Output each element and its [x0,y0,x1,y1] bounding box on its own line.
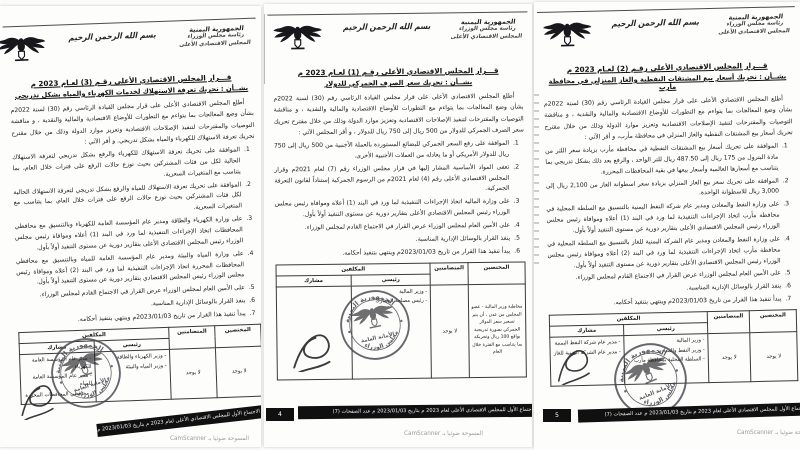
col-co-responsible: المتضامنين [430,262,468,284]
camscanner-watermark: المسوحة ضوئيا بـ CamScanner [737,430,800,436]
decree-item: على وزارة المالية اتخاذ الإجراءات التنفي… [275,197,512,222]
cell-specialists: لا يوجد [750,332,798,382]
yemen-eagle-emblem-icon [273,21,323,54]
decree-items: الموافقة على رفع السعر الجمركي للبضائع ا… [274,139,525,260]
decree-item: الموافقة على رفع السعر الجمركي للبضائع ا… [274,139,511,164]
decree-item: الموافقة على تحريك تعرفة الاستهلاك للميا… [13,180,244,221]
bismillah-calligraphy: بسم الله الرحمن الرحيم [68,29,158,42]
document-page-decision-1: الجمهورية اليمنية رئاسة مجلس الوزراء الم… [264,4,532,447]
bismillah-calligraphy: بسم الله الرحمن الرحيم [342,21,432,32]
cell-co-responsible: لا يوجد [169,347,217,399]
camscanner-watermark: المسوحة ضوئيا بـ CamScanner [170,436,249,442]
cell-specialists: لا يوجد [215,346,261,398]
cell-specialists: مخاطبة وزير المالية - عضو المجلس من عدن … [468,283,526,377]
footer-meeting-strip: الاجتماع الأول للمجلس الاقتصادي الأعلى ل… [298,404,532,420]
handwritten-signature [12,378,64,420]
letterhead-council: المجلس الاقتصادي الأعلى [450,33,522,41]
page-content: الجمهورية اليمنية رئاسة مجلس الوزراء الم… [0,6,261,405]
col-co-responsible: المتضامنين [707,311,749,334]
decree-items: الموافقة على تحريك أسعار بيع المشتقات ال… [545,141,797,310]
col-specialists: المختصين [468,261,526,284]
yemen-eagle-emblem-icon [0,32,47,66]
decree-intro: أطلع المجلس الاقتصادي الأعلى على قرار مج… [544,93,793,144]
decree-subject: بشــأن : تحريك أسعار بيع المشتقات النفطي… [543,72,791,94]
decree-item: تعفى المواد الأساسية المشار إليها في قرا… [274,162,511,197]
decree-item: ينفذ القرار بالوسائل الإدارية المناسبة. [275,233,512,247]
yemen-eagle-emblem-icon [542,18,593,51]
decree-item: على وزارة النفط والمعادن ومدير عام الشرك… [547,234,783,272]
page-content: الجمهورية اليمنية رئاسة مجلس الوزراء الم… [534,2,800,387]
decree-item: يبدأ تنفيذ هذا القرار من تاريخ 2023/01/0… [275,246,512,260]
col-participant: مشارك [276,275,351,287]
bismillah-calligraphy: بسم الله الرحمن الرحيم [611,17,701,29]
scanned-documents-canvas: الجمهورية اليمنية رئاسة مجلس الوزراء الم… [0,0,800,450]
page-header: الجمهورية اليمنية رئاسة مجلس الوزراء الم… [8,22,252,76]
handwritten-signature [284,326,340,372]
cell-co-responsible: لا يوجد [431,284,469,377]
decree-items: الموافقة على تحريك تعرفة الاستهلاك للكهر… [12,145,261,328]
footer-meeting-strip: الاجتماع الأول للمجلس الاقتصادي الأعلى ل… [96,405,261,437]
decree-item: الموافقة على تحريك سعر بيع الغاز المنزلي… [546,176,781,203]
document-page-decision-2: الجمهورية اليمنية رئاسة مجلس الوزراء الم… [534,2,800,450]
handwritten-signature [547,343,601,385]
col-specialists: المختصين [749,310,796,333]
decree-item: على وزارة المياه والبيئة ومدير عام المؤس… [16,249,247,290]
decree-item: الموافقة على تحريك أسعار بيع المشتقات ال… [545,142,781,180]
letterhead-council: المجلس الاقتصادي الأعلى [178,39,250,49]
camscanner-watermark: المسوحة ضوئيا بـ CamScanner [404,431,483,437]
decree-item: الموافقة على تحريك تعرفة الاستهلاك للكهر… [12,145,243,186]
page-number-box: 5 [543,409,571,422]
decree-item: على الأمين العام لمجلس الوزراء عرض القرا… [275,221,512,235]
decree-intro: أطلع المجلس الاقتصادي الأعلى على قرار مج… [273,90,524,138]
letterhead: الجمهورية اليمنية رئاسة مجلس الوزراء الم… [178,24,252,49]
cell-co-responsible: لا يوجد [708,333,751,383]
official-round-stamp: الجمهورية اليمنية مجلس الوزراء الأمانة ا… [332,282,417,367]
decree-subject: بشــأن : تحريك سعر الصرف الجمركي للدولار [273,77,523,88]
footer-meeting-strip: الاجتماع الأول للمجلس الاقتصادي الأعلى ل… [578,402,800,422]
page-header: الجمهورية اليمنية رئاسة مجلس الوزراء الم… [272,15,523,64]
col-specialists: المختصين [215,324,261,348]
page-header: الجمهورية اليمنية رئاسة مجلس الوزراء الم… [542,10,791,62]
letterhead: الجمهورية اليمنية رئاسة مجلس الوزراء الم… [718,12,792,37]
col-co-responsible: المتضامنين [169,325,216,349]
decree-title: قـــرار المجلس الاقتصادي الأعلى رقـم (1)… [273,65,523,77]
decree-intro: أطلع المجلس الاقتصادي الأعلى على قرار مج… [10,97,254,151]
decree-item: على وزارة الكهرباء والطاقة ومدير عام الم… [14,214,245,255]
letterhead: الجمهورية اليمنية رئاسة مجلس الوزراء الم… [450,17,524,41]
decree-item: على وزارة النفط والمعادن ومدير عام شركة … [546,200,782,238]
page-number-box: 4 [266,408,294,421]
letterhead-council: المجلس الاقتصادي الأعلى [718,28,790,37]
document-page-decision-3: الجمهورية اليمنية رئاسة مجلس الوزراء الم… [0,6,261,447]
